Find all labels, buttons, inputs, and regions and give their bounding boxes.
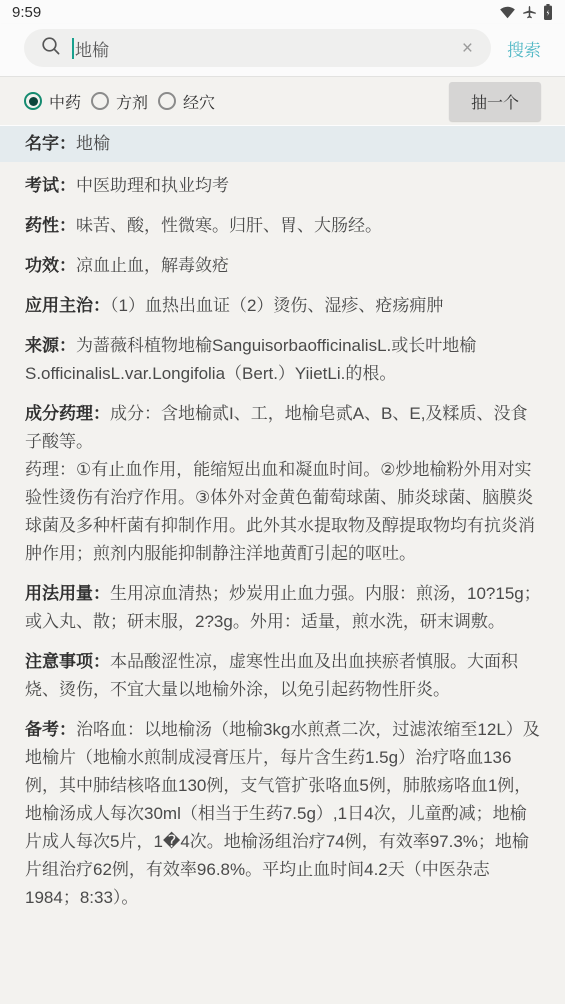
- radio-label: 中药: [49, 90, 81, 113]
- entry-value: （1）血热出血证（2）烫伤、湿疹、疮疡痈肿: [110, 296, 443, 315]
- entry-value: 中医助理和执业均考: [76, 176, 229, 195]
- search-text: 地榆: [72, 36, 450, 61]
- radio-option-fangji[interactable]: 方剂: [91, 90, 148, 113]
- filter-row: 中药 方剂 经穴 抽一个: [0, 77, 565, 125]
- entry-value: 地榆: [76, 134, 110, 153]
- entry-label: 考试：: [25, 176, 76, 195]
- airplane-icon: [522, 5, 537, 20]
- entry-row-notes: 备考：治咯血：以地榆汤（地榆3kg水煎煮二次，过滤浓缩至12L）及地榆片（地榆水…: [0, 710, 565, 918]
- entry-label: 功效：: [25, 256, 76, 275]
- wifi-icon: [499, 5, 516, 19]
- entry-label: 来源：: [25, 336, 76, 355]
- entry-label: 成分药理：: [25, 404, 110, 423]
- clear-search-icon[interactable]: ×: [460, 37, 475, 60]
- entry-label: 应用主治：: [25, 296, 110, 315]
- entry-row-exam: 考试：中医助理和执业均考: [0, 166, 565, 206]
- status-icons: [499, 4, 553, 20]
- search-header: 地榆 × 搜索: [0, 24, 565, 77]
- search-input[interactable]: 地榆 ×: [24, 29, 491, 67]
- status-bar: 9:59: [0, 0, 565, 24]
- entry-label: 备考：: [25, 720, 76, 739]
- app-screen: 9:59 地榆 × 搜索: [0, 0, 565, 1004]
- entry-row-dosage: 用法用量：生用凉血清热；炒炭用止血力强。内服：煎汤，10?15g；或入丸、散；研…: [0, 574, 565, 642]
- radio-option-zhongyao[interactable]: 中药: [24, 90, 81, 113]
- radio-label: 经穴: [183, 90, 215, 113]
- search-submit-button[interactable]: 搜索: [507, 36, 541, 61]
- radio-circle: [91, 92, 109, 110]
- entry-row-name[interactable]: 名字：地榆: [0, 125, 565, 162]
- entry-value: 为蔷薇科植物地榆SanguisorbaofficinalisL.或长叶地榆S.o…: [25, 336, 476, 383]
- entry-row-pharmacology: 成分药理：成分：含地榆贰I、工，地榆皂贰A、B、E,及糅质、没食子酸等。 药理：…: [0, 394, 565, 574]
- search-query-text: 地榆: [75, 36, 109, 61]
- entry-row-precautions: 注意事项：本品酸涩性凉，虚寒性出血及出血挟瘀者慎服。大面积烧、烫伤，不宜大量以地…: [0, 642, 565, 710]
- battery-icon: [543, 4, 553, 20]
- entry-detail: 名字：地榆 考试：中医助理和执业均考 药性：味苦、酸，性微寒。归肝、胃、大肠经。…: [0, 125, 565, 938]
- entry-row-effects: 功效：凉血止血，解毒敛疮: [0, 246, 565, 286]
- entry-value: 成分：含地榆贰I、工，地榆皂贰A、B、E,及糅质、没食子酸等。 药理：①有止血作…: [25, 404, 535, 563]
- entry-label: 名字：: [25, 134, 76, 153]
- radio-option-jingxue[interactable]: 经穴: [158, 90, 215, 113]
- radio-circle-selected: [24, 92, 42, 110]
- radio-circle: [158, 92, 176, 110]
- radio-label: 方剂: [116, 90, 148, 113]
- magnifier-icon: [40, 35, 62, 62]
- entry-row-indications: 应用主治：（1）血热出血证（2）烫伤、湿疹、疮疡痈肿: [0, 286, 565, 326]
- status-time: 9:59: [12, 4, 41, 21]
- entry-value: 凉血止血，解毒敛疮: [76, 256, 229, 275]
- entry-row-properties: 药性：味苦、酸，性微寒。归肝、胃、大肠经。: [0, 206, 565, 246]
- entry-row-source: 来源：为蔷薇科植物地榆SanguisorbaofficinalisL.或长叶地榆…: [0, 326, 565, 394]
- draw-random-button[interactable]: 抽一个: [449, 82, 541, 121]
- entry-value: 治咯血：以地榆汤（地榆3kg水煎煮二次，过滤浓缩至12L）及地榆片（地榆水煎制成…: [25, 720, 540, 907]
- entry-label: 药性：: [25, 216, 76, 235]
- entry-label: 注意事项：: [25, 652, 110, 671]
- text-cursor: [72, 38, 74, 59]
- category-radio-group: 中药 方剂 经穴: [24, 90, 449, 113]
- entry-value: 味苦、酸，性微寒。归肝、胃、大肠经。: [76, 216, 382, 235]
- entry-label: 用法用量：: [25, 584, 110, 603]
